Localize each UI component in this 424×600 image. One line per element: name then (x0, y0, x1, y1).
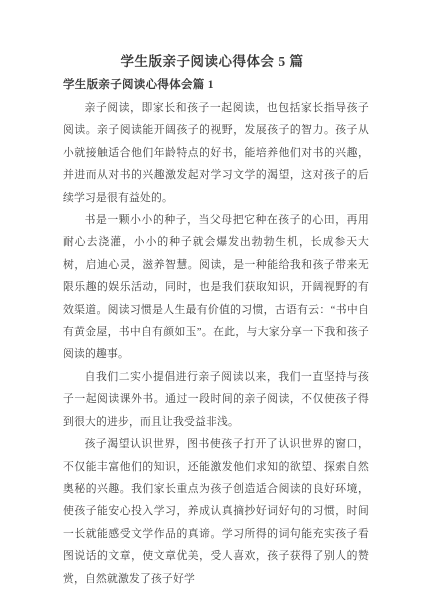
paragraph-4: 孩子渴望认识世界，图书使孩子打开了认识世界的窗口，不仅能丰富他们的知识，还能激发… (63, 433, 369, 590)
paragraph-1: 亲子阅读，即家长和孩子一起阅读，也包括家长指导孩子阅读。亲子阅读能开阔孩子的视野… (63, 97, 369, 209)
document-body: 亲子阅读，即家长和孩子一起阅读，也包括家长指导孩子阅读。亲子阅读能开阔孩子的视野… (63, 97, 369, 590)
section-heading: 学生版亲子阅读心得体会篇 1 (63, 76, 214, 92)
paragraph-2: 书是一颗小小的种子，当父母把它种在孩子的心田，再用耐心去浇灌，小小的种子就会爆发… (63, 209, 369, 366)
document-title: 学生版亲子阅读心得体会 5 篇 (0, 50, 424, 70)
document-page: 学生版亲子阅读心得体会 5 篇 学生版亲子阅读心得体会篇 1 亲子阅读，即家长和… (0, 0, 424, 600)
paragraph-3: 自我们二实小提倡进行亲子阅读以来，我们一直坚持与孩子一起阅读课外书。通过一段时间… (63, 366, 369, 433)
